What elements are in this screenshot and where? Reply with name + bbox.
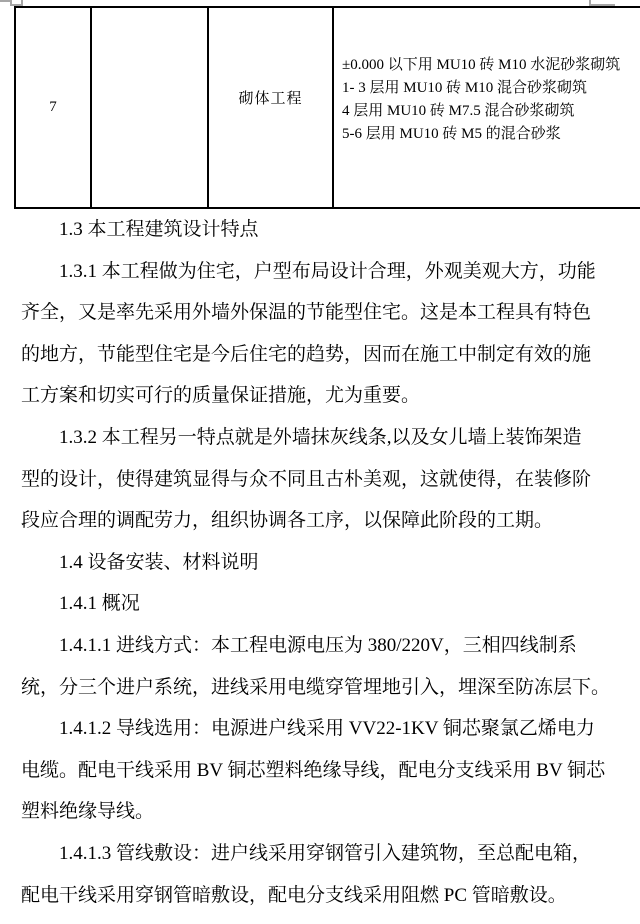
table-cell-category: 砌体工程	[209, 8, 332, 207]
paragraph-line: 电缆。配电干线采用 BV 铜芯塑料绝缘导线，配电分支线采用 BV 铜芯	[21, 750, 621, 792]
table-cell-row-number: 7	[16, 8, 90, 207]
paragraph-line: 型的设计，使得建筑显得与众不同且古朴美观，这就使得，在装修阶	[21, 459, 621, 501]
paragraph-line: 的地方，节能型住宅是今后住宅的趋势，因而在施工中制定有效的施	[21, 334, 621, 376]
heading-1-3: 1.3 本工程建筑设计特点	[21, 209, 621, 251]
specs-table: 7 砌体工程 ±0.000 以下用 MU10 砖 M10 水泥砂浆砌筑 1- 3…	[14, 6, 640, 209]
heading-1-4: 1.4 设备安装、材料说明	[21, 542, 621, 584]
paragraph-line: 1.4.1.2 导线选用：电源进户线采用 VV22-1KV 铜芯聚氯乙烯电力	[21, 708, 621, 750]
document-page: 7 砌体工程 ±0.000 以下用 MU10 砖 M10 水泥砂浆砌筑 1- 3…	[0, 0, 640, 924]
paragraph-line: 工方案和切实可行的质量保证措施，尤为重要。	[21, 375, 621, 417]
heading-1-4-1: 1.4.1 概况	[21, 583, 621, 625]
paragraph-line: 塑料绝缘导线。	[21, 791, 621, 833]
spec-line: ±0.000 以下用 MU10 砖 M10 水泥砂浆砌筑	[342, 54, 640, 77]
paragraph-line: 段应合理的调配劳力，组织协调各工序，以保障此阶段的工期。	[21, 500, 621, 542]
table-cell-specs: ±0.000 以下用 MU10 砖 M10 水泥砂浆砌筑 1- 3 层用 MU1…	[342, 54, 640, 146]
spec-line: 4 层用 MU10 砖 M7.5 混合砂浆砌筑	[342, 100, 640, 123]
table-column-divider-3	[332, 8, 334, 207]
paragraph-line: 1.3.1 本工程做为住宅，户型布局设计合理，外观美观大方，功能	[21, 251, 621, 293]
paragraph-line: 1.3.2 本工程另一特点就是外墙抹灰线条,以及女儿墙上装饰架造	[21, 417, 621, 459]
spec-line: 5-6 层用 MU10 砖 M5 的混合砂浆	[342, 123, 640, 146]
paragraph-line: 配电干线采用穿钢管暗敷设，配电分支线采用阻燃 PC 管暗敷设。	[21, 875, 621, 917]
paragraph-line: 1.4.1.1 进线方式：本工程电源电压为 380/220V，三相四线制系	[21, 625, 621, 667]
paragraph-line: 齐全，又是率先采用外墙外保温的节能型住宅。这是本工程具有特色	[21, 292, 621, 334]
document-body: 1.3 本工程建筑设计特点 1.3.1 本工程做为住宅，户型布局设计合理，外观美…	[21, 209, 621, 916]
paragraph-line: 统，分三个进户系统，进线采用电缆穿管埋地引入，埋深至防冻层下。	[21, 667, 621, 709]
spec-line: 1- 3 层用 MU10 砖 M10 混合砂浆砌筑	[342, 77, 640, 100]
table-column-divider-1	[90, 8, 92, 207]
paragraph-line: 1.4.1.3 管线敷设：进户线采用穿钢管引入建筑物，至总配电箱，	[21, 833, 621, 875]
